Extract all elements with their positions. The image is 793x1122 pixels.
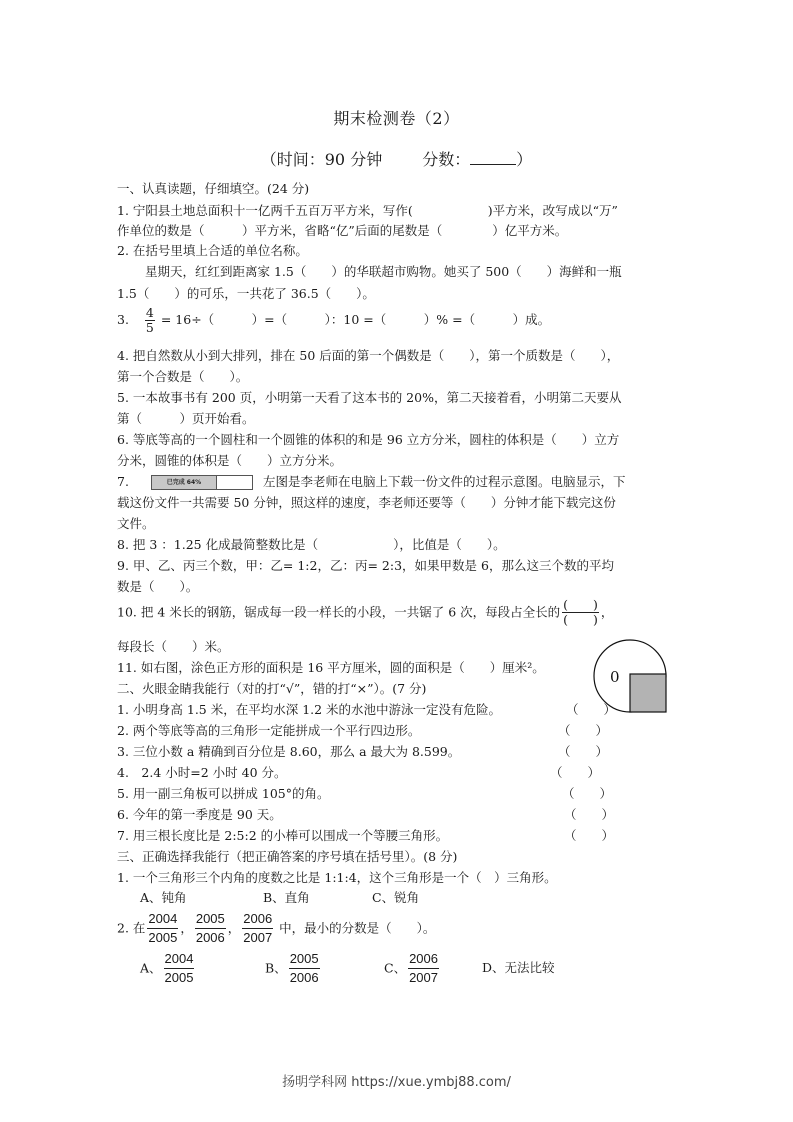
page-title: 期末检测卷（2） [0, 106, 793, 129]
tf-answer-3[interactable]: （ ） [558, 743, 608, 761]
progress-fill: 已完成 64% [152, 476, 217, 489]
mc-q2-option-d[interactable]: D、无法比较 [482, 959, 555, 977]
q10-frac-den: ( ) [562, 613, 599, 627]
footer-watermark: 扬明学科网 https://xue.ymbj88.com/ [0, 1071, 793, 1090]
mc-q1-option-c[interactable]: C、锐角 [372, 889, 419, 907]
option-label: A、 [140, 961, 162, 976]
mc-q2-frac-2: 2005 2006 [195, 910, 226, 947]
q7-line2: 载这份文件一共需要 50 分钟，照这样的速度，李老师还要等（ ）分钟才能下载完这… [117, 494, 616, 512]
q10-line2: 每段长（ ）米。 [117, 638, 230, 656]
tf-answer-2[interactable]: （ ） [558, 722, 608, 740]
tf-item-3: 3. 三位小数 a 精确到百分位是 8.60，那么 a 最大为 8.599。 [117, 743, 460, 761]
q3-prefix: 3. [117, 312, 129, 327]
q6-line1: 6. 等底等高的一个圆柱和一个圆锥的体积的和是 96 立方分米，圆柱的体积是（ … [117, 431, 619, 449]
q10-text: 10. 把 4 米长的钢筋，锯成每一段一样长的小段，一共锯了 6 次，每段占全长… [117, 605, 560, 620]
score-blank [470, 150, 516, 165]
q10-line1: 10. 把 4 米长的钢筋，锯成每一段一样长的小段，一共锯了 6 次，每段占全长… [117, 598, 613, 627]
mc-q2: 2. 在 2004 2005 ， 2005 2006 ， 2006 2007 中… [117, 910, 435, 947]
tf-item-6: 6. 今年的第一季度是 90 天。 [117, 806, 282, 824]
q1-line1: 1. 宁阳县土地总面积十一亿两千五百万平方米，写作( )平方米，改写成以“万” [117, 202, 618, 220]
mc-q1: 1. 一个三角形三个内角的度数之比是 1:1:4，这个三角形是一个（ ）三角形。 [117, 869, 557, 887]
center-label: 0 [610, 668, 620, 686]
q7-line3: 文件。 [117, 515, 155, 533]
tf-answer-6[interactable]: （ ） [564, 806, 614, 824]
q2-line2: 星期天，红红到距离家 1.5（ ）的华联超市购物。她买了 500（ ）海鲜和一瓶 [145, 263, 622, 281]
mc-q2-frac-1: 2004 2005 [147, 910, 178, 947]
separator: ， [180, 921, 193, 936]
q7-prefix: 7. [117, 474, 129, 489]
q10-fraction: ( ) ( ) [562, 598, 599, 627]
q4-line2: 第一个合数是（ ）。 [117, 368, 248, 386]
section2-heading: 二、火眼金睛我能行（对的打“√”，错的打“×”）。(7 分) [117, 680, 426, 698]
download-progress-bar: 已完成 64% [151, 475, 253, 490]
mc-q1-option-b[interactable]: B、直角 [263, 889, 310, 907]
mc-q1-option-a[interactable]: A、钝角 [140, 889, 187, 907]
frac-num: 2006 [408, 950, 439, 969]
q3-frac-num: 4 [145, 306, 155, 321]
time-label: （时间：90 分钟 [261, 150, 382, 169]
tf-answer-5[interactable]: （ ） [562, 785, 612, 803]
tf-item-5: 5. 用一副三角板可以拼成 105°的角。 [117, 785, 329, 803]
q9-line1: 9. 甲、乙、丙三个数，甲：乙= 1:2，乙：丙= 2:3，如果甲数是 6，那么… [117, 557, 614, 575]
frac-num: 2005 [289, 950, 320, 969]
score-close: ） [516, 150, 532, 169]
frac-den: 2006 [289, 969, 320, 987]
q9-line2: 数是（ ）。 [117, 578, 198, 596]
mc-q2-option-c[interactable]: C、 2006 2007 [384, 950, 441, 987]
option-fraction: 2005 2006 [289, 950, 320, 987]
q3-fraction: 4 5 [145, 306, 155, 335]
frac-den: 2005 [147, 929, 178, 947]
q7-line1: 7.已完成 64%左图是李老师在电脑上下载一份文件的过程示意图。电脑显示，下 [117, 473, 625, 491]
mc-q2-option-b[interactable]: B、 2005 2006 [265, 950, 322, 987]
mc-q2-prefix: 2. 在 [117, 921, 145, 936]
q8-line1: 8. 把 3 ：1.25 化成最简整数比是（ ），比值是（ ）。 [117, 536, 506, 554]
q11-line1: 11. 如右图，涂色正方形的面积是 16 平方厘米，圆的面积是（ ）厘米²。 [117, 659, 545, 677]
frac-num: 2004 [164, 950, 195, 969]
q10-comma: ， [601, 605, 614, 620]
q6-line2: 分米，圆锥的体积是（ ）立方分米。 [117, 452, 342, 470]
tf-answer-4[interactable]: （ ） [550, 764, 600, 782]
tf-item-7: 7. 用三根长度比是 2:5:2 的小棒可以围成一个等腰三角形。 [117, 827, 448, 845]
frac-num: 2006 [242, 910, 273, 929]
tf-item-1: 1. 小明身高 1.5 米，在平均水深 1.2 米的水池中游泳一定没有危险。 [117, 701, 501, 719]
q10-frac-num: ( ) [562, 598, 599, 613]
separator: ， [228, 921, 241, 936]
option-fraction: 2006 2007 [408, 950, 439, 987]
tf-answer-7[interactable]: （ ） [564, 827, 614, 845]
frac-num: 2005 [195, 910, 226, 929]
page-subtitle: （时间：90 分钟分数：） [0, 147, 793, 170]
frac-den: 2006 [195, 929, 226, 947]
q4-line1: 4. 把自然数从小到大排列，排在 50 后面的第一个偶数是（ ），第一个质数是（… [117, 347, 619, 365]
q5-line2: 第（ ）页开始看。 [117, 410, 255, 428]
q7-line1-rest: 左图是李老师在电脑上下载一份文件的过程示意图。电脑显示，下 [263, 474, 626, 489]
section1-heading: 一、认真读题，仔细填空。(24 分) [117, 180, 309, 198]
frac-num: 2004 [147, 910, 178, 929]
option-fraction: 2004 2005 [164, 950, 195, 987]
q5-line1: 5. 一本故事书有 200 页，小明第一天看了这本书的 20%，第二天接着看，小… [117, 389, 621, 407]
frac-den: 2007 [408, 969, 439, 987]
q1-line2: 作单位的数是（ ）平方米，省略“亿”后面的尾数是（ ）亿平方米。 [117, 222, 567, 240]
shaded-square [630, 674, 666, 712]
score-label: 分数： [422, 150, 470, 169]
frac-den: 2007 [242, 929, 273, 947]
tf-item-4: 4. 2.4 小时=2 小时 40 分。 [117, 764, 287, 782]
tf-answer-1[interactable]: （ ） [566, 701, 616, 719]
q2-line1: 2. 在括号里填上合适的单位名称。 [117, 242, 308, 260]
mc-q2-suffix: 中，最小的分数是（ ）。 [275, 921, 435, 936]
q2-line3: 1.5（ ）的可乐，一共花了 36.5（ ）。 [117, 285, 375, 303]
mc-q2-option-a[interactable]: A、 2004 2005 [140, 950, 196, 987]
mc-q2-frac-3: 2006 2007 [242, 910, 273, 947]
frac-den: 2005 [164, 969, 195, 987]
q3-frac-den: 5 [145, 321, 155, 335]
q3-rest: = 16÷（ ）=（ ）：10 =（ ）% =（ ）成。 [157, 312, 550, 327]
section3-heading: 三、正确选择我能行（把正确答案的序号填在括号里）。(8 分) [117, 848, 457, 866]
q3: 3. 4 5 = 16÷（ ）=（ ）：10 =（ ）% =（ ）成。 [117, 306, 550, 335]
option-label: C、 [384, 961, 406, 976]
tf-item-2: 2. 两个等底等高的三角形一定能拼成一个平行四边形。 [117, 722, 420, 740]
option-label: B、 [265, 961, 287, 976]
